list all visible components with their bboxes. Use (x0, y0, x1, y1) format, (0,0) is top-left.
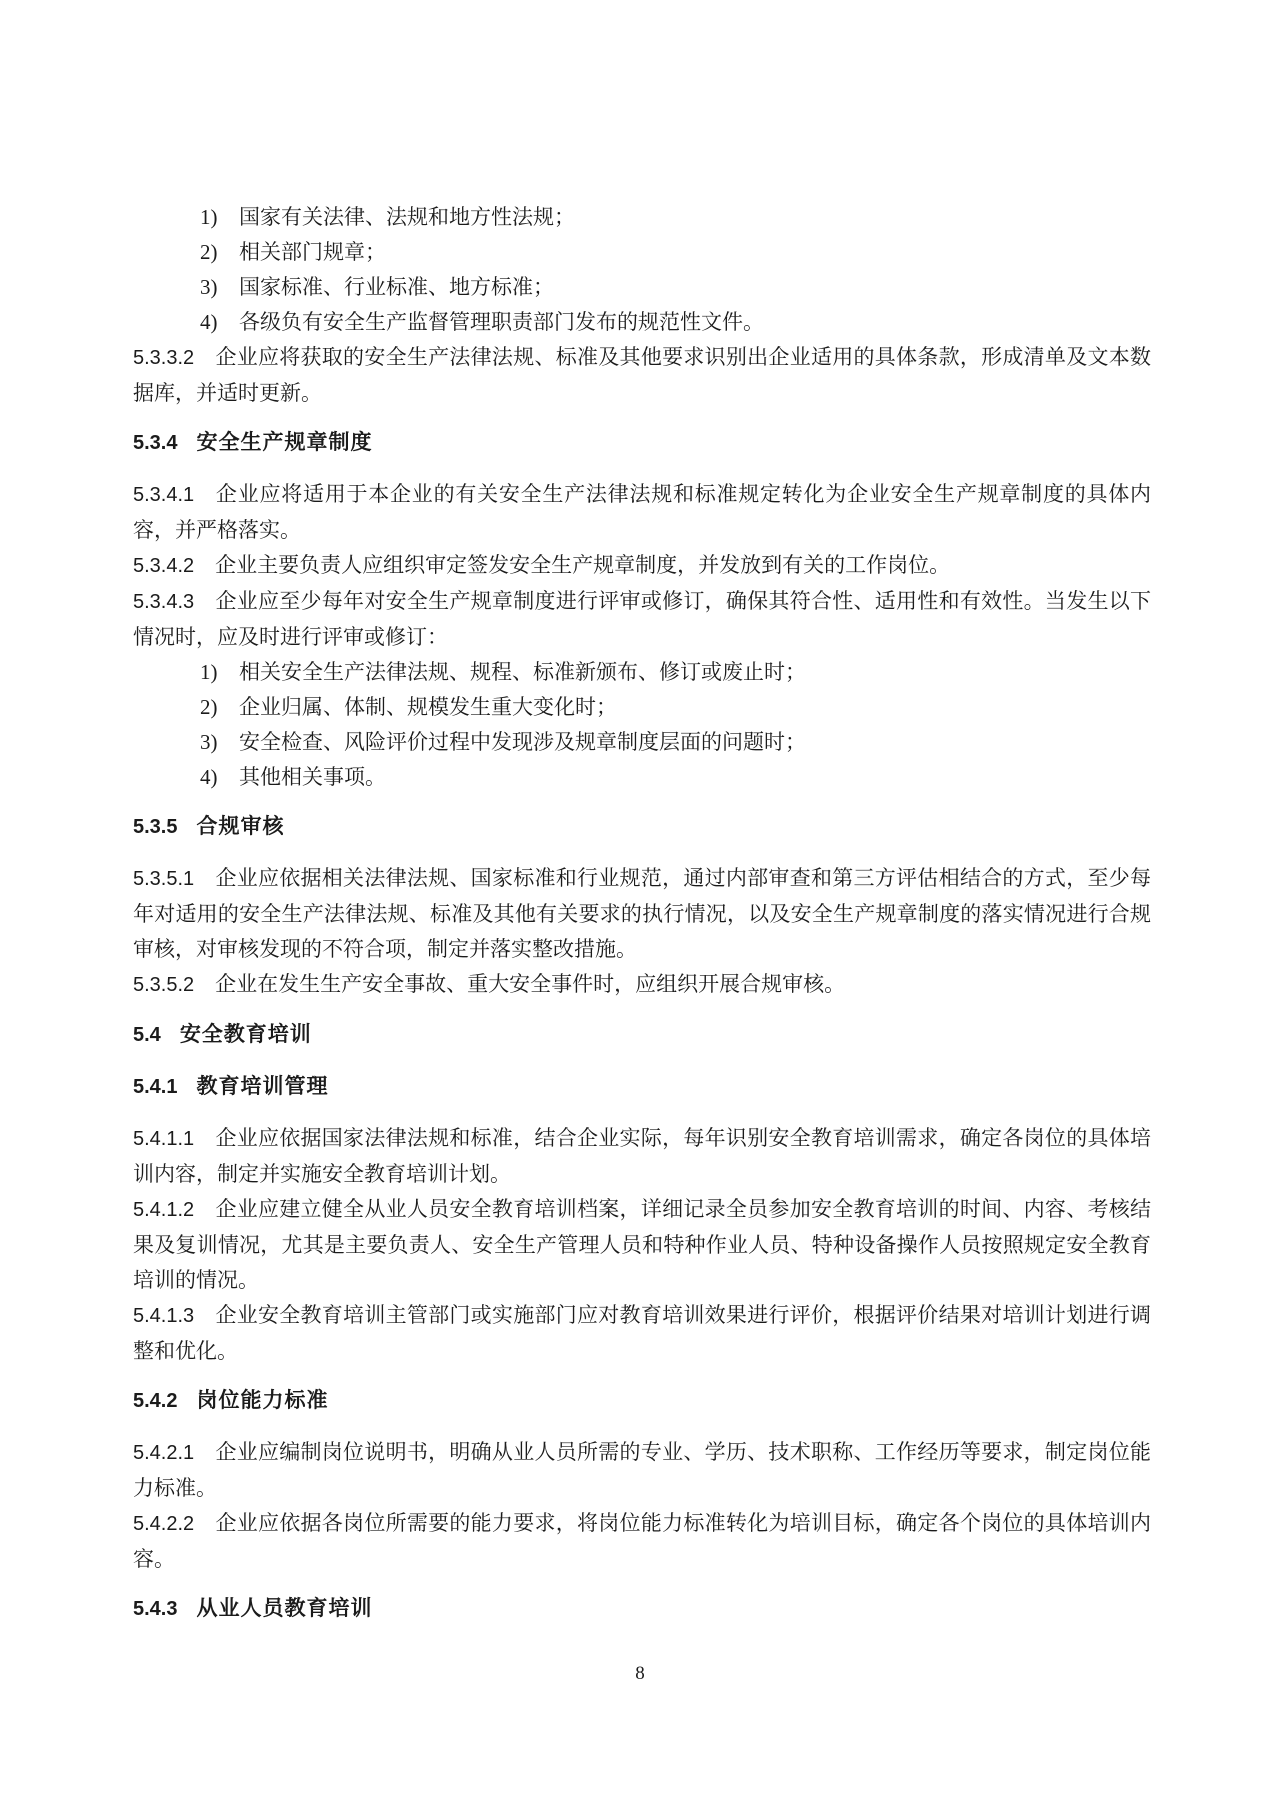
clause-number: 5.4.1.3 (133, 1305, 194, 1327)
list-marker: 3) (200, 270, 239, 305)
clause-paragraph: 5.4.1.3企业安全教育培训主管部门或实施部门应对教育培训效果进行评价，根据评… (133, 1298, 1151, 1369)
clause-number: 5.3.4.1 (133, 484, 194, 506)
section-title: 岗位能力标准 (196, 1389, 328, 1412)
document-content: 1)国家有关法律、法规和地方性法规； 2)相关部门规章； 3)国家标准、行业标准… (133, 200, 1151, 1643)
clause-paragraph: 5.3.3.2企业应将获取的安全生产法律法规、标准及其他要求识别出企业适用的具体… (133, 340, 1151, 411)
clause-text: 企业应将适用于本企业的有关安全生产法律法规和标准规定转化为企业安全生产规章制度的… (133, 482, 1151, 542)
list-marker: 4) (200, 305, 239, 340)
clause-paragraph: 5.4.1.1企业应依据国家法律法规和标准，结合企业实际，每年识别安全教育培训需… (133, 1121, 1151, 1192)
clause-paragraph: 5.3.5.1企业应依据相关法律法规、国家标准和行业规范，通过内部审查和第三方评… (133, 861, 1151, 967)
clause-paragraph: 5.3.4.3企业应至少每年对安全生产规章制度进行评审或修订，确保其符合性、适用… (133, 584, 1151, 655)
section-heading: 5.4.1教育培训管理 (133, 1069, 1151, 1105)
list-item: 1)相关安全生产法律法规、规程、标准新颁布、修订或废止时； (200, 655, 1151, 690)
clause-text: 企业应依据相关法律法规、国家标准和行业规范，通过内部审查和第三方评估相结合的方式… (133, 866, 1151, 961)
list-text: 国家标准、行业标准、地方标准； (239, 275, 554, 299)
clause-number: 5.4.1.2 (133, 1199, 194, 1221)
clause-number: 5.4.2.2 (133, 1513, 194, 1535)
section-heading: 5.3.5合规审核 (133, 809, 1151, 845)
section-number: 5.3.4 (133, 432, 177, 454)
document-page: 1)国家有关法律、法规和地方性法规； 2)相关部门规章； 3)国家标准、行业标准… (0, 0, 1280, 1810)
clause-paragraph: 5.3.4.2企业主要负责人应组织审定签发安全生产规章制度，并发放到有关的工作岗… (133, 548, 1151, 584)
clause-text: 企业主要负责人应组织审定签发安全生产规章制度，并发放到有关的工作岗位。 (215, 553, 950, 577)
list-marker: 2) (200, 690, 239, 725)
list-text: 安全检查、风险评价过程中发现涉及规章制度层面的问题时； (239, 730, 806, 754)
clause-text: 企业应将获取的安全生产法律法规、标准及其他要求识别出企业适用的具体条款，形成清单… (133, 345, 1151, 405)
section-heading: 5.3.4安全生产规章制度 (133, 425, 1151, 461)
list-text: 相关安全生产法律法规、规程、标准新颁布、修订或废止时； (239, 660, 806, 684)
clause-paragraph: 5.4.2.2企业应依据各岗位所需要的能力要求，将岗位能力标准转化为培训目标，确… (133, 1506, 1151, 1577)
list-text: 国家有关法律、法规和地方性法规； (239, 205, 575, 229)
list-marker: 1) (200, 655, 239, 690)
clause-paragraph: 5.3.5.2企业在发生生产安全事故、重大安全事件时，应组织开展合规审核。 (133, 967, 1151, 1003)
list-marker: 1) (200, 200, 239, 235)
list-text: 其他相关事项。 (239, 765, 386, 789)
section-title: 安全教育培训 (180, 1023, 312, 1046)
list-marker: 2) (200, 235, 239, 270)
list-text: 各级负有安全生产监督管理职责部门发布的规范性文件。 (239, 310, 764, 334)
clause-number: 5.3.5.1 (133, 868, 194, 890)
clause-text: 企业在发生生产安全事故、重大安全事件时，应组织开展合规审核。 (215, 972, 845, 996)
clause-text: 企业应编制岗位说明书，明确从业人员所需的专业、学历、技术职称、工作经历等要求，制… (133, 1440, 1151, 1500)
clause-text: 企业应依据各岗位所需要的能力要求，将岗位能力标准转化为培训目标，确定各个岗位的具… (133, 1511, 1151, 1571)
section-number: 5.4.2 (133, 1390, 177, 1412)
list-item: 1)国家有关法律、法规和地方性法规； (200, 200, 1151, 235)
section-number: 5.4 (133, 1024, 161, 1046)
section-number: 5.4.1 (133, 1076, 177, 1098)
list-item: 4)其他相关事项。 (200, 760, 1151, 795)
list-item: 4)各级负有安全生产监督管理职责部门发布的规范性文件。 (200, 305, 1151, 340)
section-number: 5.4.3 (133, 1598, 177, 1620)
clause-text: 企业应至少每年对安全生产规章制度进行评审或修订，确保其符合性、适用性和有效性。当… (133, 589, 1151, 649)
section-title: 安全生产规章制度 (196, 431, 372, 454)
clause-text: 企业应建立健全从业人员安全教育培训档案，详细记录全员参加安全教育培训的时间、内容… (133, 1197, 1151, 1292)
clause-number: 5.3.5.2 (133, 974, 194, 996)
list-item: 3)安全检查、风险评价过程中发现涉及规章制度层面的问题时； (200, 725, 1151, 760)
page-number: 8 (0, 1660, 1280, 1688)
section-number: 5.3.5 (133, 816, 177, 838)
clause-paragraph: 5.4.1.2企业应建立健全从业人员安全教育培训档案，详细记录全员参加安全教育培… (133, 1192, 1151, 1298)
list-text: 相关部门规章； (239, 240, 386, 264)
list-item: 2)相关部门规章； (200, 235, 1151, 270)
list-item: 3)国家标准、行业标准、地方标准； (200, 270, 1151, 305)
clause-paragraph: 5.3.4.1企业应将适用于本企业的有关安全生产法律法规和标准规定转化为企业安全… (133, 477, 1151, 548)
section-title: 教育培训管理 (196, 1075, 328, 1098)
list-marker: 4) (200, 760, 239, 795)
clause-number: 5.3.3.2 (133, 347, 194, 369)
section-title: 合规审核 (196, 815, 284, 838)
clause-text: 企业安全教育培训主管部门或实施部门应对教育培训效果进行评价，根据评价结果对培训计… (133, 1303, 1151, 1363)
section-title: 从业人员教育培训 (196, 1597, 372, 1620)
clause-number: 5.4.2.1 (133, 1442, 194, 1464)
section-heading: 5.4.2岗位能力标准 (133, 1383, 1151, 1419)
section-heading: 5.4.3从业人员教育培训 (133, 1591, 1151, 1627)
list-item: 2)企业归属、体制、规模发生重大变化时； (200, 690, 1151, 725)
clause-number: 5.4.1.1 (133, 1128, 194, 1150)
clause-text: 企业应依据国家法律法规和标准，结合企业实际，每年识别安全教育培训需求，确定各岗位… (133, 1126, 1151, 1186)
clause-number: 5.3.4.3 (133, 591, 194, 613)
section-heading: 5.4安全教育培训 (133, 1017, 1151, 1053)
clause-paragraph: 5.4.2.1企业应编制岗位说明书，明确从业人员所需的专业、学历、技术职称、工作… (133, 1435, 1151, 1506)
list-marker: 3) (200, 725, 239, 760)
clause-number: 5.3.4.2 (133, 555, 194, 577)
list-text: 企业归属、体制、规模发生重大变化时； (239, 695, 617, 719)
